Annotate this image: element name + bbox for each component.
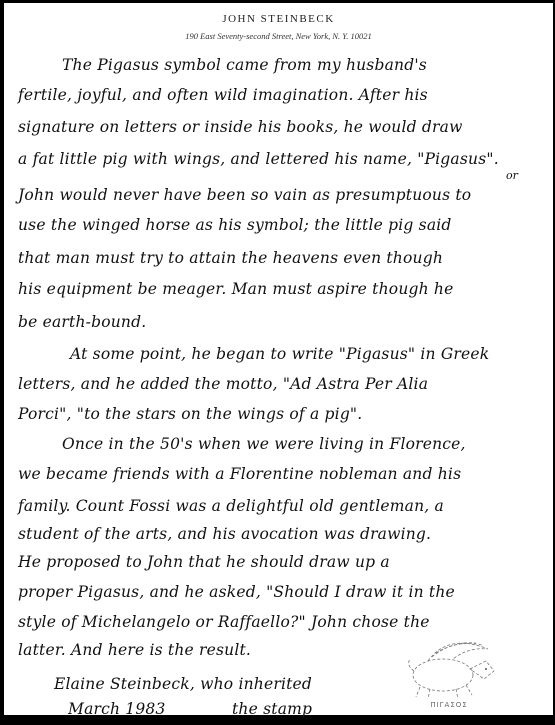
- letterhead-name: JOHN STEINBECK: [4, 13, 553, 25]
- letter-line: we became friends with a Florentine nobl…: [18, 465, 461, 483]
- letter-line: Once in the 50's when we were living in …: [62, 435, 466, 453]
- letter-line: that man must try to attain the heavens …: [18, 249, 443, 267]
- letter-line: letters, and he added the motto, "Ad Ast…: [18, 375, 428, 393]
- letter-line: The Pigasus symbol came from my husband'…: [62, 56, 427, 74]
- letter-line: fertile, joyful, and often wild imaginat…: [18, 86, 428, 104]
- signature-date: March 1983: [68, 700, 166, 718]
- letter-line: family. Count Fossi was a delightful old…: [18, 497, 444, 515]
- signature-rest: the stamp: [232, 700, 312, 718]
- letter-line: John would never have been so vain as pr…: [18, 186, 471, 204]
- signature-line: Elaine Steinbeck, who inherited: [54, 675, 312, 693]
- letter-line: style of Michelangelo or Raffaello?" Joh…: [18, 613, 430, 631]
- letter-page: JOHN STEINBECK 190 East Seventy-second S…: [4, 3, 553, 715]
- inserted-word: or: [506, 169, 518, 182]
- letter-line: be earth-bound.: [18, 313, 146, 331]
- pigasus-stamp: ΠΙΓΑΣΟΣ: [398, 631, 500, 711]
- letter-line: student of the arts, and his avocation w…: [18, 525, 431, 543]
- letter-line: signature on letters or inside his books…: [18, 118, 463, 136]
- letter-line: Porci", "to the stars on the wings of a …: [18, 405, 362, 423]
- letter-line: a fat little pig with wings, and lettere…: [18, 150, 499, 168]
- winged-pig-drawing-icon: [398, 631, 500, 701]
- letter-line: proper Pigasus, and he asked, "Should I …: [18, 583, 455, 601]
- letter-line: his equipment be meager. Man must aspire…: [18, 280, 454, 298]
- letter-line: use the winged horse as his symbol; the …: [18, 216, 452, 234]
- letter-line: latter. And here is the result.: [18, 641, 251, 659]
- letter-line: He proposed to John that he should draw …: [18, 553, 390, 571]
- letter-line: At some point, he began to write "Pigasu…: [70, 345, 489, 363]
- stamp-label: ΠΙΓΑΣΟΣ: [398, 701, 500, 709]
- letterhead-address: 190 East Seventy-second Street, New York…: [4, 31, 553, 41]
